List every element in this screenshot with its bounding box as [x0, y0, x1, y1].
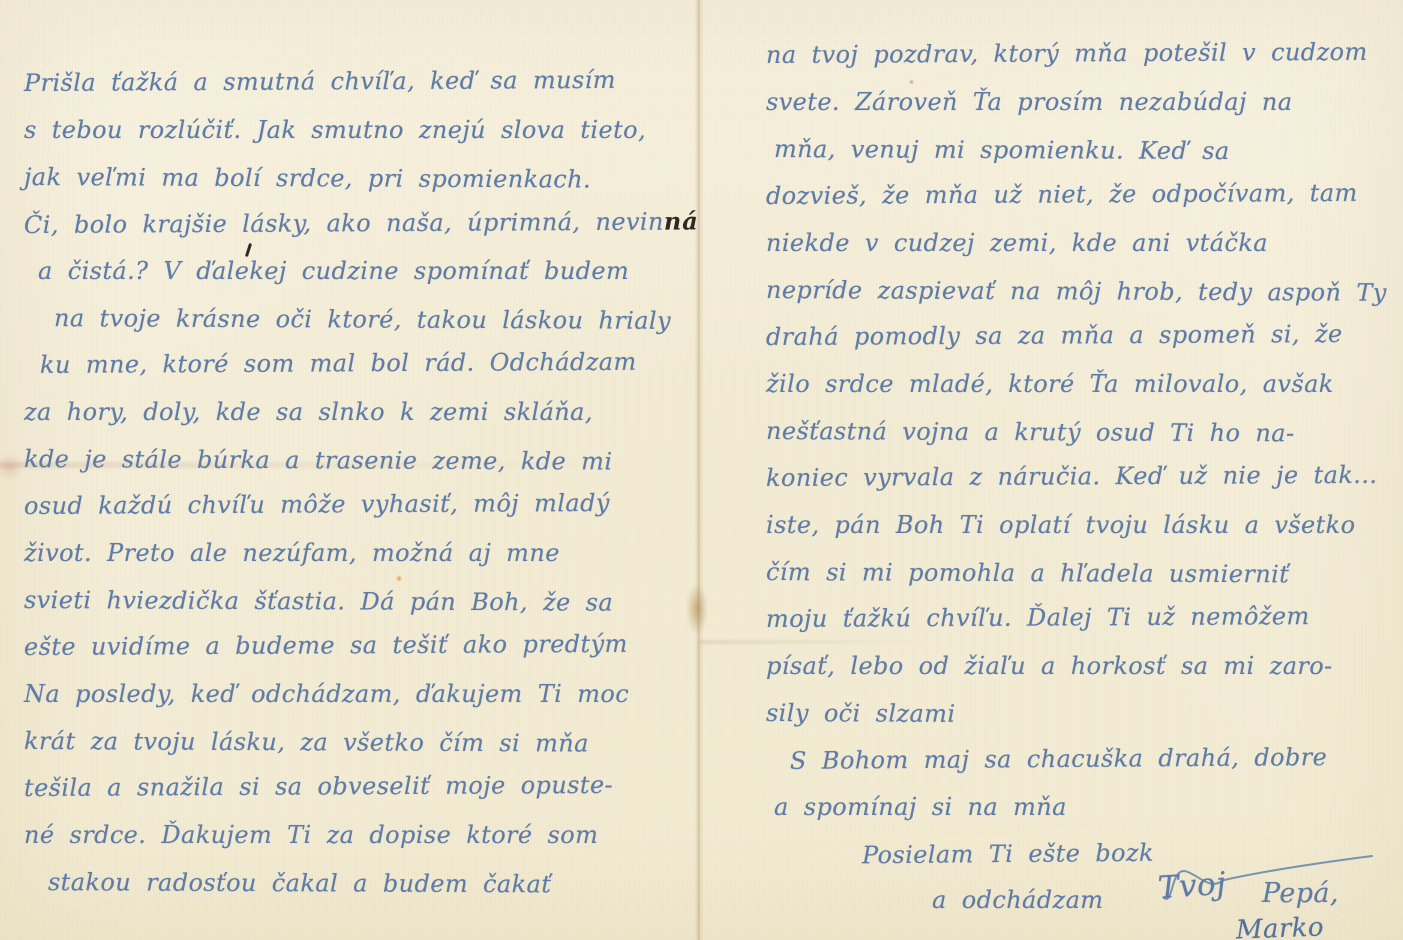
letter-page-left: Prišla ťažká a smutná chvíľa, keď sa mus… — [24, 60, 700, 906]
letter-line: ku mne, ktoré som mal bol rád. Odchádzam — [24, 338, 700, 389]
letter-line: mňa, venuj mi spomienku. Keď sa — [766, 126, 1400, 176]
letter-line: né srdce. Ďakujem Ti za dopise ktoré som — [24, 812, 700, 859]
letter-line: Či, bolo krajšie lásky, ako naša, úprimn… — [24, 197, 700, 248]
letter-scan: Prišla ťažká a smutná chvíľa, keď sa mus… — [0, 0, 1403, 940]
letter-line: nešťastná vojna a krutý osud Ti ho na- — [766, 408, 1400, 458]
letter-line: život. Preto ale nezúfam, možná aj mne — [24, 530, 700, 577]
signature-word: Tvoj — [1157, 866, 1227, 907]
signature-name-cutoff: Marko — [1236, 912, 1325, 940]
letter-line: stakou radosťou čakal a budem čakať — [24, 859, 700, 909]
letter-line: za hory, doly, kde sa slnko k zemi skláň… — [24, 389, 700, 436]
letter-line: svieti hviezdička šťastia. Dá pán Boh, ž… — [24, 577, 700, 627]
letter-line: koniec vyrvala z náručia. Keď už nie je … — [766, 452, 1400, 502]
letter-page-right: na tvoj pozdrav, ktorý mňa potešil v cud… — [766, 32, 1400, 737]
letter-line: na tvoj pozdrav, ktorý mňa potešil v cud… — [766, 29, 1400, 79]
letter-line: Prišla ťažká a smutná chvíľa, keď sa mus… — [24, 56, 700, 107]
letter-line-text: Či, bolo krajšie lásky, ako naša, úprimn… — [24, 208, 664, 239]
letter-line: iste, pán Boh Ti oplatí tvoju lásku a vš… — [766, 502, 1400, 549]
letter-line: a čistá.? V ďalekej cudzine spomínať bud… — [24, 248, 700, 295]
letter-line: čím si mi pomohla a hľadela usmierniť — [766, 549, 1400, 599]
letter-line: dozvieš, že mňa už niet, že odpočívam, t… — [766, 170, 1400, 220]
closing-line: a spomínaj si na mňa — [774, 793, 1067, 821]
letter-line: nepríde zaspievať na môj hrob, tedy aspo… — [766, 267, 1400, 317]
ink-correction: ná — [664, 206, 699, 235]
letter-line: s tebou rozlúčiť. Jak smutno znejú slova… — [24, 107, 700, 154]
letter-line: jak veľmi ma bolí srdce, pri spomienkach… — [24, 154, 700, 204]
letter-line: ešte uvidíme a budeme sa tešiť ako predt… — [24, 620, 700, 671]
closing-line: Posielam Ti ešte bozk — [862, 839, 1154, 870]
letter-line: na tvoje krásne oči ktoré, takou láskou … — [24, 295, 700, 345]
letter-line: drahá pomodly sa za mňa a spomeň si, že — [766, 311, 1400, 361]
letter-line: sily oči slzami — [766, 690, 1400, 740]
letter-line: Na posledy, keď odchádzam, ďakujem Ti mo… — [24, 671, 700, 718]
letter-line: písať, lebo od žiaľu a horkosť sa mi zar… — [766, 643, 1400, 690]
letter-line: kde je stále búrka a trasenie zeme, kde … — [24, 436, 700, 486]
letter-line: krát za tvoju lásku, za všetko čím si mň… — [24, 718, 700, 768]
crease-edge-mark — [0, 452, 24, 482]
letter-line: svete. Zároveň Ťa prosím nezabúdaj na — [766, 79, 1400, 126]
closing-line: a odchádzam — [932, 886, 1103, 914]
letter-line: žilo srdce mladé, ktoré Ťa milovalo, avš… — [766, 361, 1400, 408]
letter-line: osud každú chvíľu môže vyhasiť, môj mlad… — [24, 479, 700, 530]
letter-line: moju ťažkú chvíľu. Ďalej Ti už nemôžem — [766, 593, 1400, 643]
letter-line: tešila a snažila si sa obveseliť moje op… — [24, 761, 700, 812]
signature-name: Pepá, — [1262, 878, 1339, 909]
letter-line: niekde v cudzej zemi, kde ani vtáčka — [766, 220, 1400, 267]
closing-line: S Bohom maj sa chacuška drahá, dobre — [790, 743, 1327, 775]
